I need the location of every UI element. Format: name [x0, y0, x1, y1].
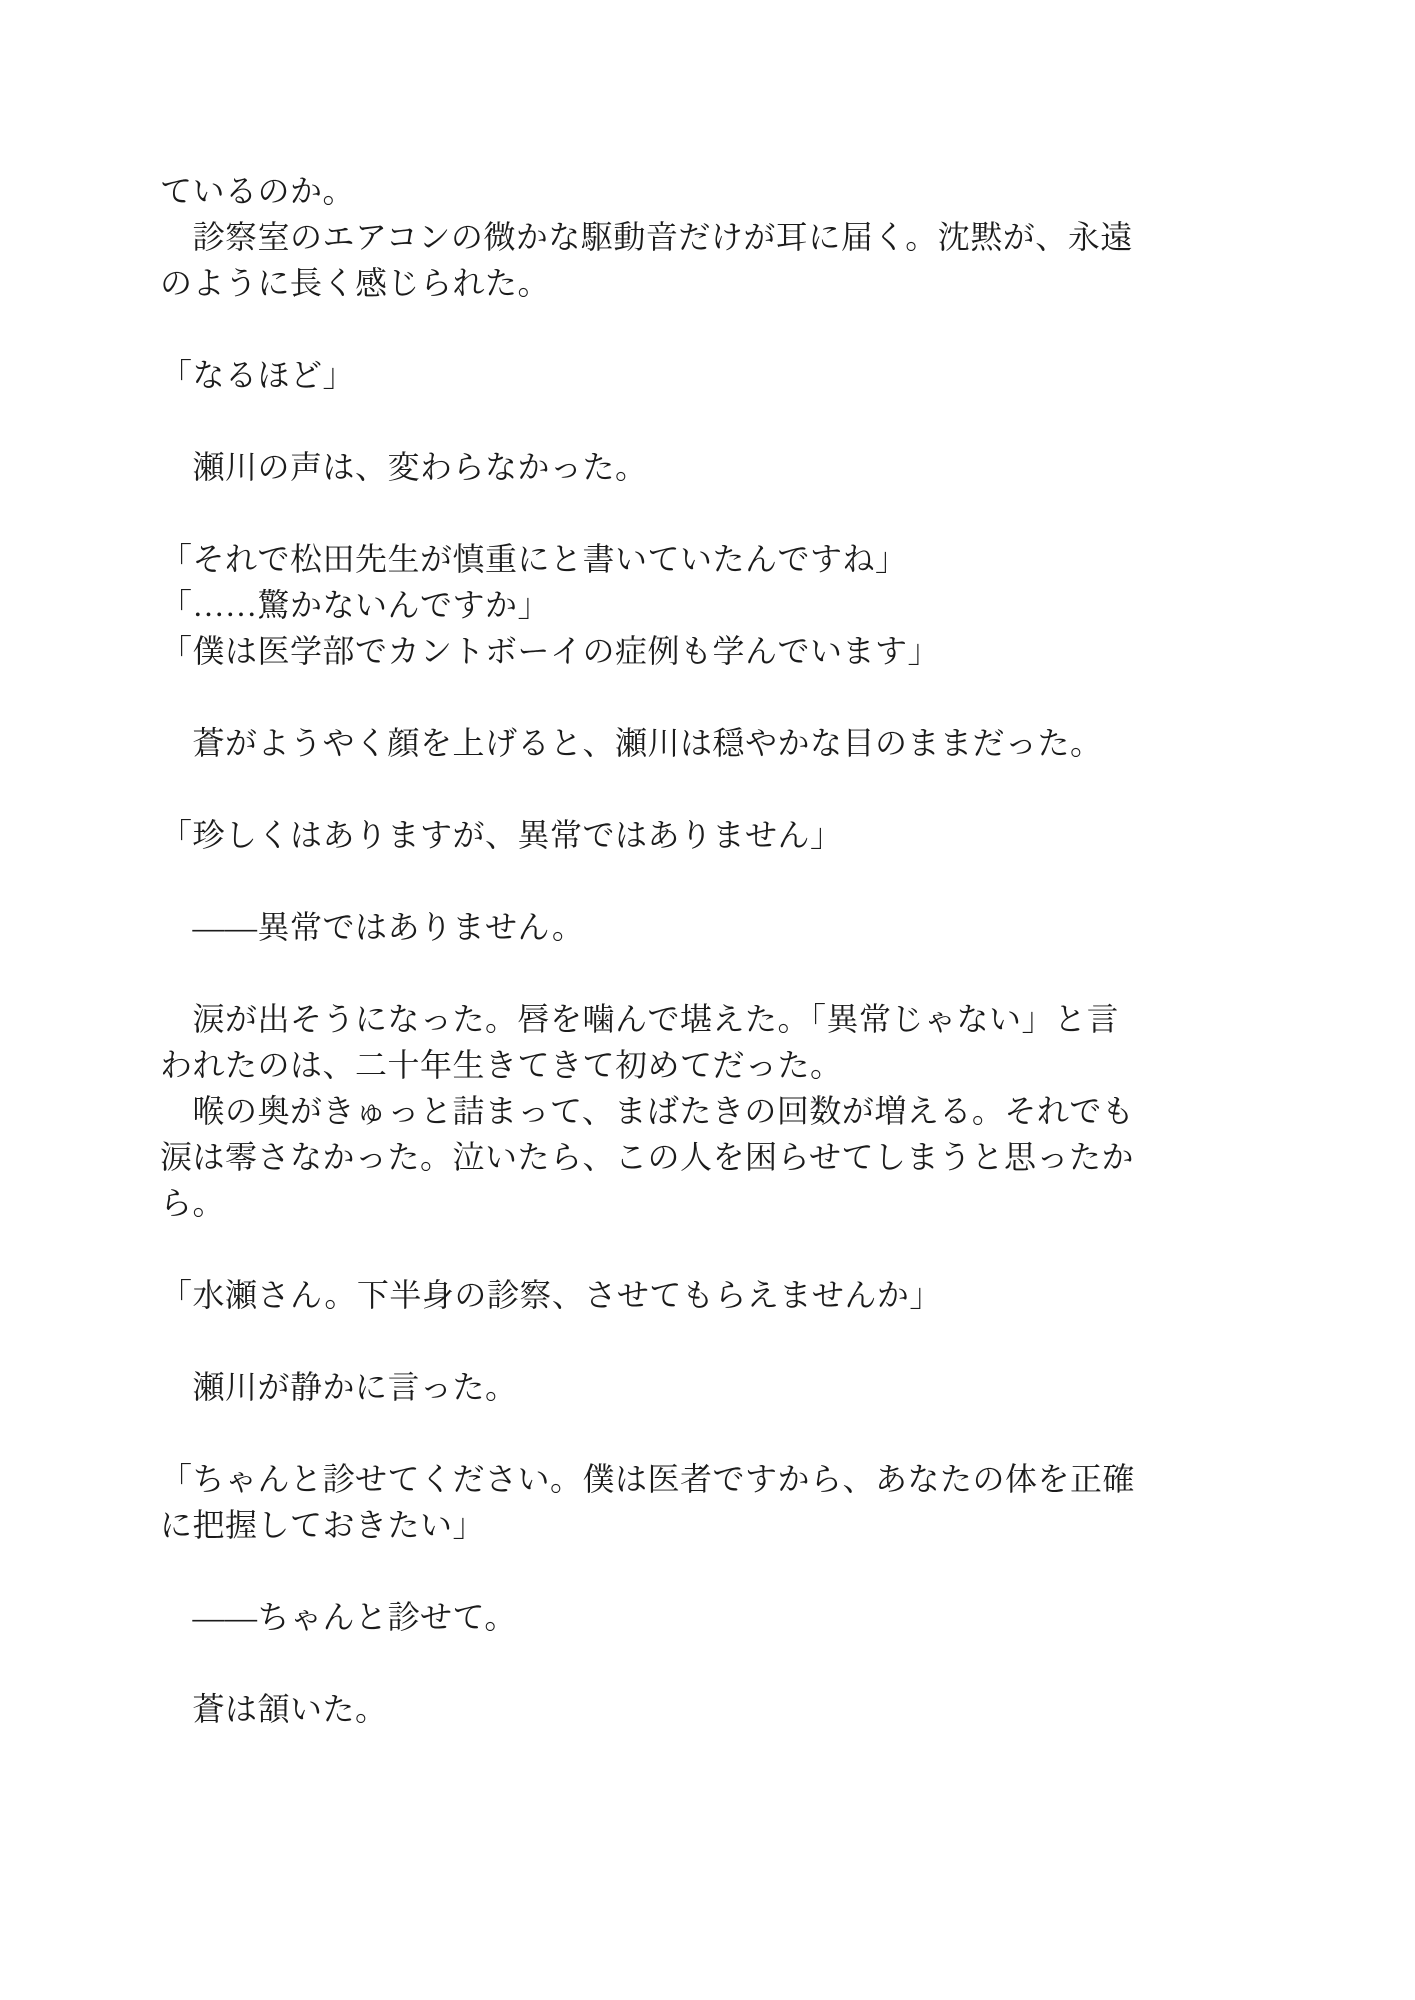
- text-line: 喉の奥がきゅっと詰まって、まばたきの回数が増える。それでも: [160, 1088, 1220, 1134]
- text-line: に把握しておきたい」: [160, 1502, 1220, 1548]
- dialogue-paragraph: 「水瀬さん。下半身の診察、させてもらえませんか」: [160, 1272, 1220, 1318]
- text-line: ているのか。: [160, 168, 1220, 214]
- dialogue-paragraph: 「珍しくはありますが、異常ではありません」: [160, 812, 1220, 858]
- text-line: 瀬川が静かに言った。: [160, 1364, 1220, 1410]
- text-line: 「……驚かないんですか」: [160, 582, 1220, 628]
- inner-monologue-paragraph: ――異常ではありません。: [160, 904, 1220, 950]
- dialogue-paragraph: 「なるほど」: [160, 352, 1220, 398]
- inner-monologue-paragraph: ――ちゃんと診せて。: [160, 1594, 1220, 1640]
- dialogue-paragraph: 「それで松田先生が慎重にと書いていたんですね」 「……驚かないんですか」 「僕は…: [160, 536, 1220, 674]
- text-line: 涙が出そうになった。唇を噛んで堪えた。「異常じゃない」と言: [160, 996, 1220, 1042]
- narration-paragraph: 蒼がようやく顔を上げると、瀬川は穏やかな目のままだった。: [160, 720, 1220, 766]
- text-line: 「なるほど」: [160, 352, 1220, 398]
- text-line: 「水瀬さん。下半身の診察、させてもらえませんか」: [160, 1272, 1220, 1318]
- text-line: のように長く感じられた。: [160, 260, 1220, 306]
- text-line: 「僕は医学部でカントボーイの症例も学んでいます」: [160, 628, 1220, 674]
- text-line: 蒼は頷いた。: [160, 1686, 1220, 1732]
- narration-paragraph: 蒼は頷いた。: [160, 1686, 1220, 1732]
- narration-paragraph: 瀬川が静かに言った。: [160, 1364, 1220, 1410]
- text-line: われたのは、二十年生きてきて初めてだった。: [160, 1042, 1220, 1088]
- narration-paragraph: 涙が出そうになった。唇を噛んで堪えた。「異常じゃない」と言 われたのは、二十年生…: [160, 996, 1220, 1226]
- text-line: 涙は零さなかった。泣いたら、この人を困らせてしまうと思ったか: [160, 1134, 1220, 1180]
- text-line: 診察室のエアコンの微かな駆動音だけが耳に届く。沈黙が、永遠: [160, 214, 1220, 260]
- text-line: 「ちゃんと診せてください。僕は医者ですから、あなたの体を正確: [160, 1456, 1220, 1502]
- text-line: 「それで松田先生が慎重にと書いていたんですね」: [160, 536, 1220, 582]
- narration-paragraph: 瀬川の声は、変わらなかった。: [160, 444, 1220, 490]
- text-line: 蒼がようやく顔を上げると、瀬川は穏やかな目のままだった。: [160, 720, 1220, 766]
- text-line: ――異常ではありません。: [160, 904, 1220, 950]
- narration-paragraph: ているのか。 診察室のエアコンの微かな駆動音だけが耳に届く。沈黙が、永遠 のよう…: [160, 168, 1220, 306]
- text-body: ているのか。 診察室のエアコンの微かな駆動音だけが耳に届く。沈黙が、永遠 のよう…: [160, 168, 1220, 1732]
- text-line: 瀬川の声は、変わらなかった。: [160, 444, 1220, 490]
- dialogue-paragraph: 「ちゃんと診せてください。僕は医者ですから、あなたの体を正確 に把握しておきたい…: [160, 1456, 1220, 1548]
- text-line: 「珍しくはありますが、異常ではありません」: [160, 812, 1220, 858]
- novel-page: ているのか。 診察室のエアコンの微かな駆動音だけが耳に届く。沈黙が、永遠 のよう…: [0, 0, 1415, 2000]
- text-line: ら。: [160, 1180, 1220, 1226]
- text-line: ――ちゃんと診せて。: [160, 1594, 1220, 1640]
